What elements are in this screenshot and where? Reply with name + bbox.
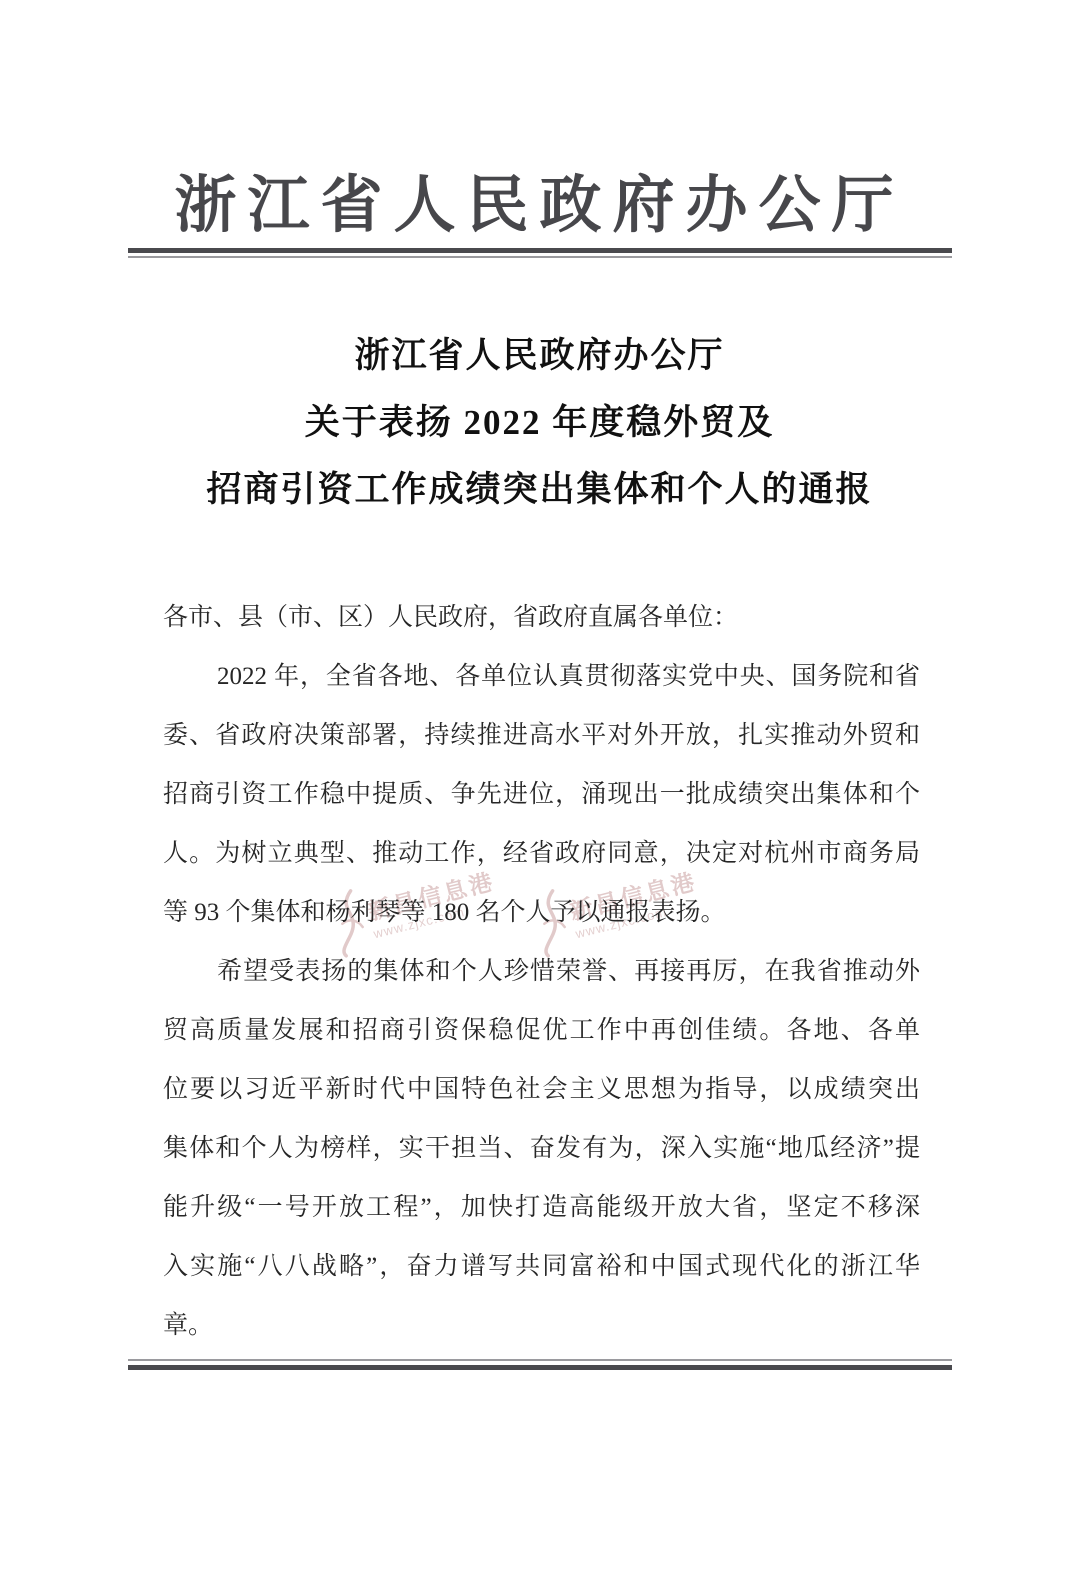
footer-rule-thin [128, 1359, 952, 1361]
header-rule-thin [128, 256, 952, 258]
doc-title-line-2: 关于表扬 2022 年度稳外贸及 [0, 389, 1079, 456]
body-line: 集体和个人为榜样，实干担当、奋发有为，深入实施“地瓜经济”提 [163, 1119, 920, 1178]
body-line: 人。为树立典型、推动工作，经省政府同意，决定对杭州市商务局 [163, 824, 920, 883]
footer-rule-thick [128, 1365, 952, 1370]
body-text: 各市、县（市、区）人民政府，省政府直属各单位： 2022 年，全省各地、各单位认… [163, 588, 920, 1355]
body-line: 各市、县（市、区）人民政府，省政府直属各单位： [163, 588, 920, 647]
body-line: 能升级“一号开放工程”，加快打造高能级开放大省，坚定不移深 [163, 1178, 920, 1237]
body-line: 希望受表扬的集体和个人珍惜荣誉、再接再厉，在我省推动外 [163, 942, 920, 1001]
body-line: 位要以习近平新时代中国特色社会主义思想为指导，以成绩突出 [163, 1060, 920, 1119]
document-page: 浙江省人民政府办公厅 浙江省人民政府办公厅 关于表扬 2022 年度稳外贸及 招… [0, 0, 1079, 1581]
body-line: 委、省政府决策部署，持续推进高水平对外开放，扎实推动外贸和 [163, 706, 920, 765]
body-line: 招商引资工作稳中提质、争先进位，涌现出一批成绩突出集体和个 [163, 765, 920, 824]
body-line: 章。 [163, 1296, 920, 1355]
body-line: 入实施“八八战略”，奋力谱写共同富裕和中国式现代化的浙江华 [163, 1237, 920, 1296]
header-rule-thick [128, 248, 952, 253]
body-line: 等 93 个集体和杨利琴等 180 名个人予以通报表扬。 [163, 883, 920, 942]
doc-title: 浙江省人民政府办公厅 关于表扬 2022 年度稳外贸及 招商引资工作成绩突出集体… [0, 322, 1079, 523]
body-line: 2022 年，全省各地、各单位认真贯彻落实党中央、国务院和省 [163, 647, 920, 706]
doc-title-line-3: 招商引资工作成绩突出集体和个人的通报 [0, 456, 1079, 523]
body-line: 贸高质量发展和招商引资保稳促优工作中再创佳绩。各地、各单 [163, 1001, 920, 1060]
doc-title-line-1: 浙江省人民政府办公厅 [0, 322, 1079, 389]
masthead-title: 浙江省人民政府办公厅 [0, 160, 1079, 252]
